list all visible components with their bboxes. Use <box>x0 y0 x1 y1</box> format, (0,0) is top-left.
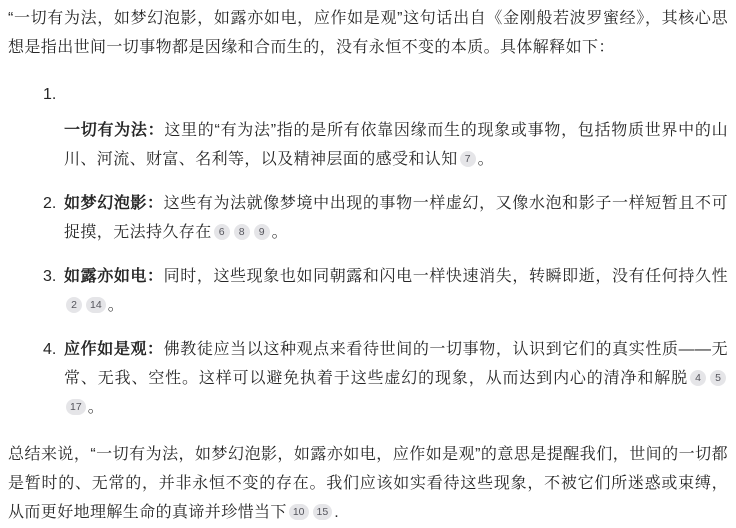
list-item-body: 应作如是观：佛教徒应当以这种观点来看待世间的一切事物，认识到它们的真实性质——无… <box>64 335 728 422</box>
sentence-end-punctuation: . <box>334 504 339 521</box>
list-item-sentence: 佛教徒应当以这种观点来看待世间的一切事物，认识到它们的真实性质——无常、无我、空… <box>64 341 728 387</box>
sentence-end-punctuation: 。 <box>272 224 288 241</box>
list-item-term: 应作如是观： <box>64 341 164 358</box>
list-item-text: 应作如是观：佛教徒应当以这种观点来看待世间的一切事物，认识到它们的真实性质——无… <box>64 335 728 422</box>
sentence-end-punctuation: 。 <box>478 151 494 168</box>
citation-badge[interactable]: 8 <box>234 224 250 240</box>
list-item-body: 如梦幻泡影：这些有为法就像梦境中出现的事物一样虚幻，又像水泡和影子一样短暂且不可… <box>64 189 728 247</box>
list-item-term: 一切有为法： <box>64 122 164 139</box>
list-item-text: 如露亦如电：同时，这些现象也如同朝露和闪电一样快速消失，转瞬即逝，没有任何持久性… <box>64 262 728 320</box>
list-item: 3. 如露亦如电：同时，这些现象也如同朝露和闪电一样快速消失，转瞬即逝，没有任何… <box>8 262 728 320</box>
list-item-sentence: 这里的“有为法”指的是所有依靠因缘而生的现象或事物，包括物质世界中的山川、河流、… <box>64 122 728 168</box>
list-item-text: 一切有为法：这里的“有为法”指的是所有依靠因缘而生的现象或事物，包括物质世界中的… <box>64 116 728 174</box>
citation-badge[interactable]: 4 <box>690 370 706 386</box>
list-item-number: 4. <box>43 335 64 422</box>
intro-paragraph: “一切有为法，如梦幻泡影，如露亦如电，应作如是观”这句话出自《金刚般若波罗蜜经》… <box>8 4 728 62</box>
list-item: 2. 如梦幻泡影：这些有为法就像梦境中出现的事物一样虚幻，又像水泡和影子一样短暂… <box>8 189 728 247</box>
summary-sentence: 总结来说，“一切有为法，如梦幻泡影，如露亦如电，应作如是观”的意思是提醒我们，世… <box>8 446 728 521</box>
citation-badge[interactable]: 15 <box>313 504 333 520</box>
list-item-number: 1. <box>43 80 728 109</box>
list-item-term: 如梦幻泡影： <box>64 195 164 212</box>
list-item: 1. 一切有为法：这里的“有为法”指的是所有依靠因缘而生的现象或事物，包括物质世… <box>8 80 728 174</box>
ordered-list: 1. 一切有为法：这里的“有为法”指的是所有依靠因缘而生的现象或事物，包括物质世… <box>8 80 728 422</box>
chat-response: “一切有为法，如梦幻泡影，如露亦如电，应作如是观”这句话出自《金刚般若波罗蜜经》… <box>0 0 736 527</box>
sentence-end-punctuation: 。 <box>88 399 104 416</box>
citation-badge[interactable]: 2 <box>66 297 82 313</box>
list-item-number: 2. <box>43 189 64 247</box>
list-item-sentence: 这些有为法就像梦境中出现的事物一样虚幻，又像水泡和影子一样短暂且不可捉摸，无法持… <box>64 195 728 241</box>
list-item-sentence: 同时，这些现象也如同朝露和闪电一样快速消失，转瞬即逝，没有任何持久性 <box>164 268 728 285</box>
citation-badge[interactable]: 10 <box>289 504 309 520</box>
citation-badge[interactable]: 14 <box>86 297 106 313</box>
list-item-text: 如梦幻泡影：这些有为法就像梦境中出现的事物一样虚幻，又像水泡和影子一样短暂且不可… <box>64 189 728 247</box>
citation-badge[interactable]: 6 <box>214 224 230 240</box>
list-item-body: 一切有为法：这里的“有为法”指的是所有依靠因缘而生的现象或事物，包括物质世界中的… <box>64 116 728 174</box>
list-item-number: 3. <box>43 262 64 320</box>
citation-badge[interactable]: 17 <box>66 399 86 415</box>
list-item-body: 如露亦如电：同时，这些现象也如同朝露和闪电一样快速消失，转瞬即逝，没有任何持久性… <box>64 262 728 320</box>
citation-badge[interactable]: 7 <box>460 151 476 167</box>
list-item-term: 如露亦如电： <box>64 268 164 285</box>
list-item: 4. 应作如是观：佛教徒应当以这种观点来看待世间的一切事物，认识到它们的真实性质… <box>8 335 728 422</box>
sentence-end-punctuation: 。 <box>108 297 124 314</box>
summary-paragraph: 总结来说，“一切有为法，如梦幻泡影，如露亦如电，应作如是观”的意思是提醒我们，世… <box>8 440 728 527</box>
citation-badge[interactable]: 5 <box>710 370 726 386</box>
citation-badge[interactable]: 9 <box>254 224 270 240</box>
